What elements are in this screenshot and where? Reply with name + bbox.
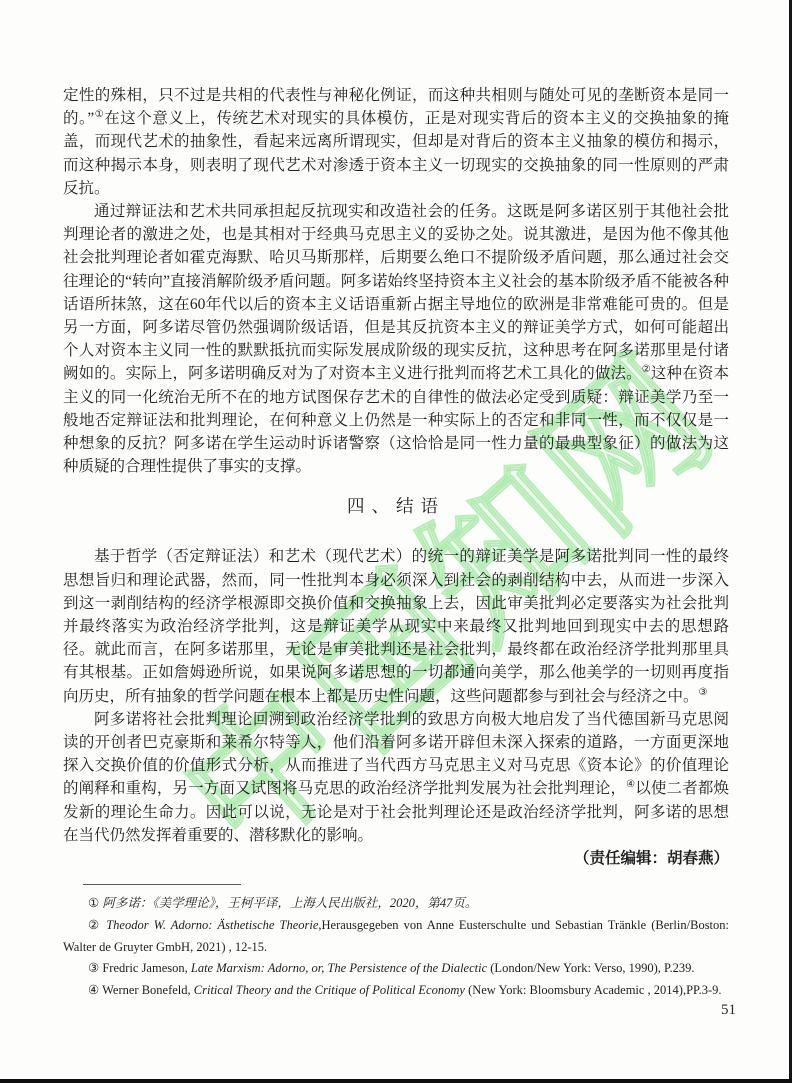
footnote-separator <box>83 884 241 885</box>
paragraph-text: 通过辩证法和艺术共同承担起反抗现实和改造社会的任务。这既是阿多诺区别于其他社会批… <box>63 203 729 382</box>
footnote-text: (London/New York: Verso, 1990), P.239. <box>487 961 694 975</box>
journal-page: 中国知网 定性的殊相，只不过是共相的代表性与神秘化例证，而这种共相则与随处可见的… <box>0 0 792 1083</box>
editor-note: （责任编辑：胡春燕） <box>63 847 729 870</box>
footnote-4: ④ Werner Bonefeld, Critical Theory and t… <box>63 980 729 1002</box>
footnote-3: ③ Fredric Jameson, Late Marxism: Adorno,… <box>63 958 729 980</box>
footnote-text: (New York: Bloomsbury Academic , 2014),P… <box>465 983 722 997</box>
article-body: 定性的殊相，只不过是共相的代表性与神秘化例证，而这种共相则与随处可见的垄断资本是… <box>63 84 729 870</box>
footnote-number: ④ <box>88 983 99 997</box>
footnotes-section: ① 阿多诺：《美学理论》，王柯平译，上海人民出版社，2020，第47页。 ② T… <box>63 884 729 1002</box>
footnote-text: Fredric Jameson, <box>99 961 191 975</box>
footnote-text: 阿多诺：《美学理论》，王柯平译，上海人民出版社，2020，第47页。 <box>99 896 477 910</box>
paragraph: 基于哲学（否定辩证法）和艺术（现代艺术）的统一的辩证美学是阿多诺批判同一性的最终… <box>63 545 729 707</box>
footnote-text: Werner Bonefeld, <box>99 983 194 997</box>
paragraph: 通过辩证法和艺术共同承担起反抗现实和改造社会的任务。这既是阿多诺区别于其他社会批… <box>63 200 729 478</box>
paragraph-text: 在这个意义上，传统艺术对现实的具体模仿，正是对现实背后的资本主义的交换抽象的掩盖… <box>63 110 729 197</box>
paragraph: 阿多诺将社会批判理论回溯到政治经济学批判的致思方向极大地启发了当代德国新马克思阅… <box>63 708 729 847</box>
scan-edge-bottom <box>0 1079 792 1083</box>
footnote-2: ② Theodor W. Adorno: Ästhetische Theorie… <box>63 915 729 959</box>
footnote-ref-1: ① <box>94 109 104 120</box>
footnote-number: ① <box>88 896 99 910</box>
footnote-title-italic: Late Marxism: Adorno, or, The Persistenc… <box>191 961 487 975</box>
footnote-number: ② <box>88 918 101 932</box>
paragraph-continuation: 定性的殊相，只不过是共相的代表性与神秘化例证，而这种共相则与随处可见的垄断资本是… <box>63 84 729 200</box>
footnote-ref-3: ③ <box>699 687 708 698</box>
footnote-1: ① 阿多诺：《美学理论》，王柯平译，上海人民出版社，2020，第47页。 <box>63 893 729 915</box>
footnote-ref-4: ④ <box>626 779 635 790</box>
footnote-ref-2: ② <box>642 364 651 375</box>
paragraph-text: 基于哲学（否定辩证法）和艺术（现代艺术）的统一的辩证美学是阿多诺批判同一性的最终… <box>63 548 729 704</box>
section-heading: 四、结语 <box>63 493 729 518</box>
page-number: 51 <box>721 1002 736 1019</box>
footnote-number: ③ <box>88 961 99 975</box>
footnote-title-italic: Critical Theory and the Critique of Poli… <box>194 983 465 997</box>
footnote-title-italic: Theodor W. Adorno: Ästhetische Theorie <box>106 918 318 932</box>
